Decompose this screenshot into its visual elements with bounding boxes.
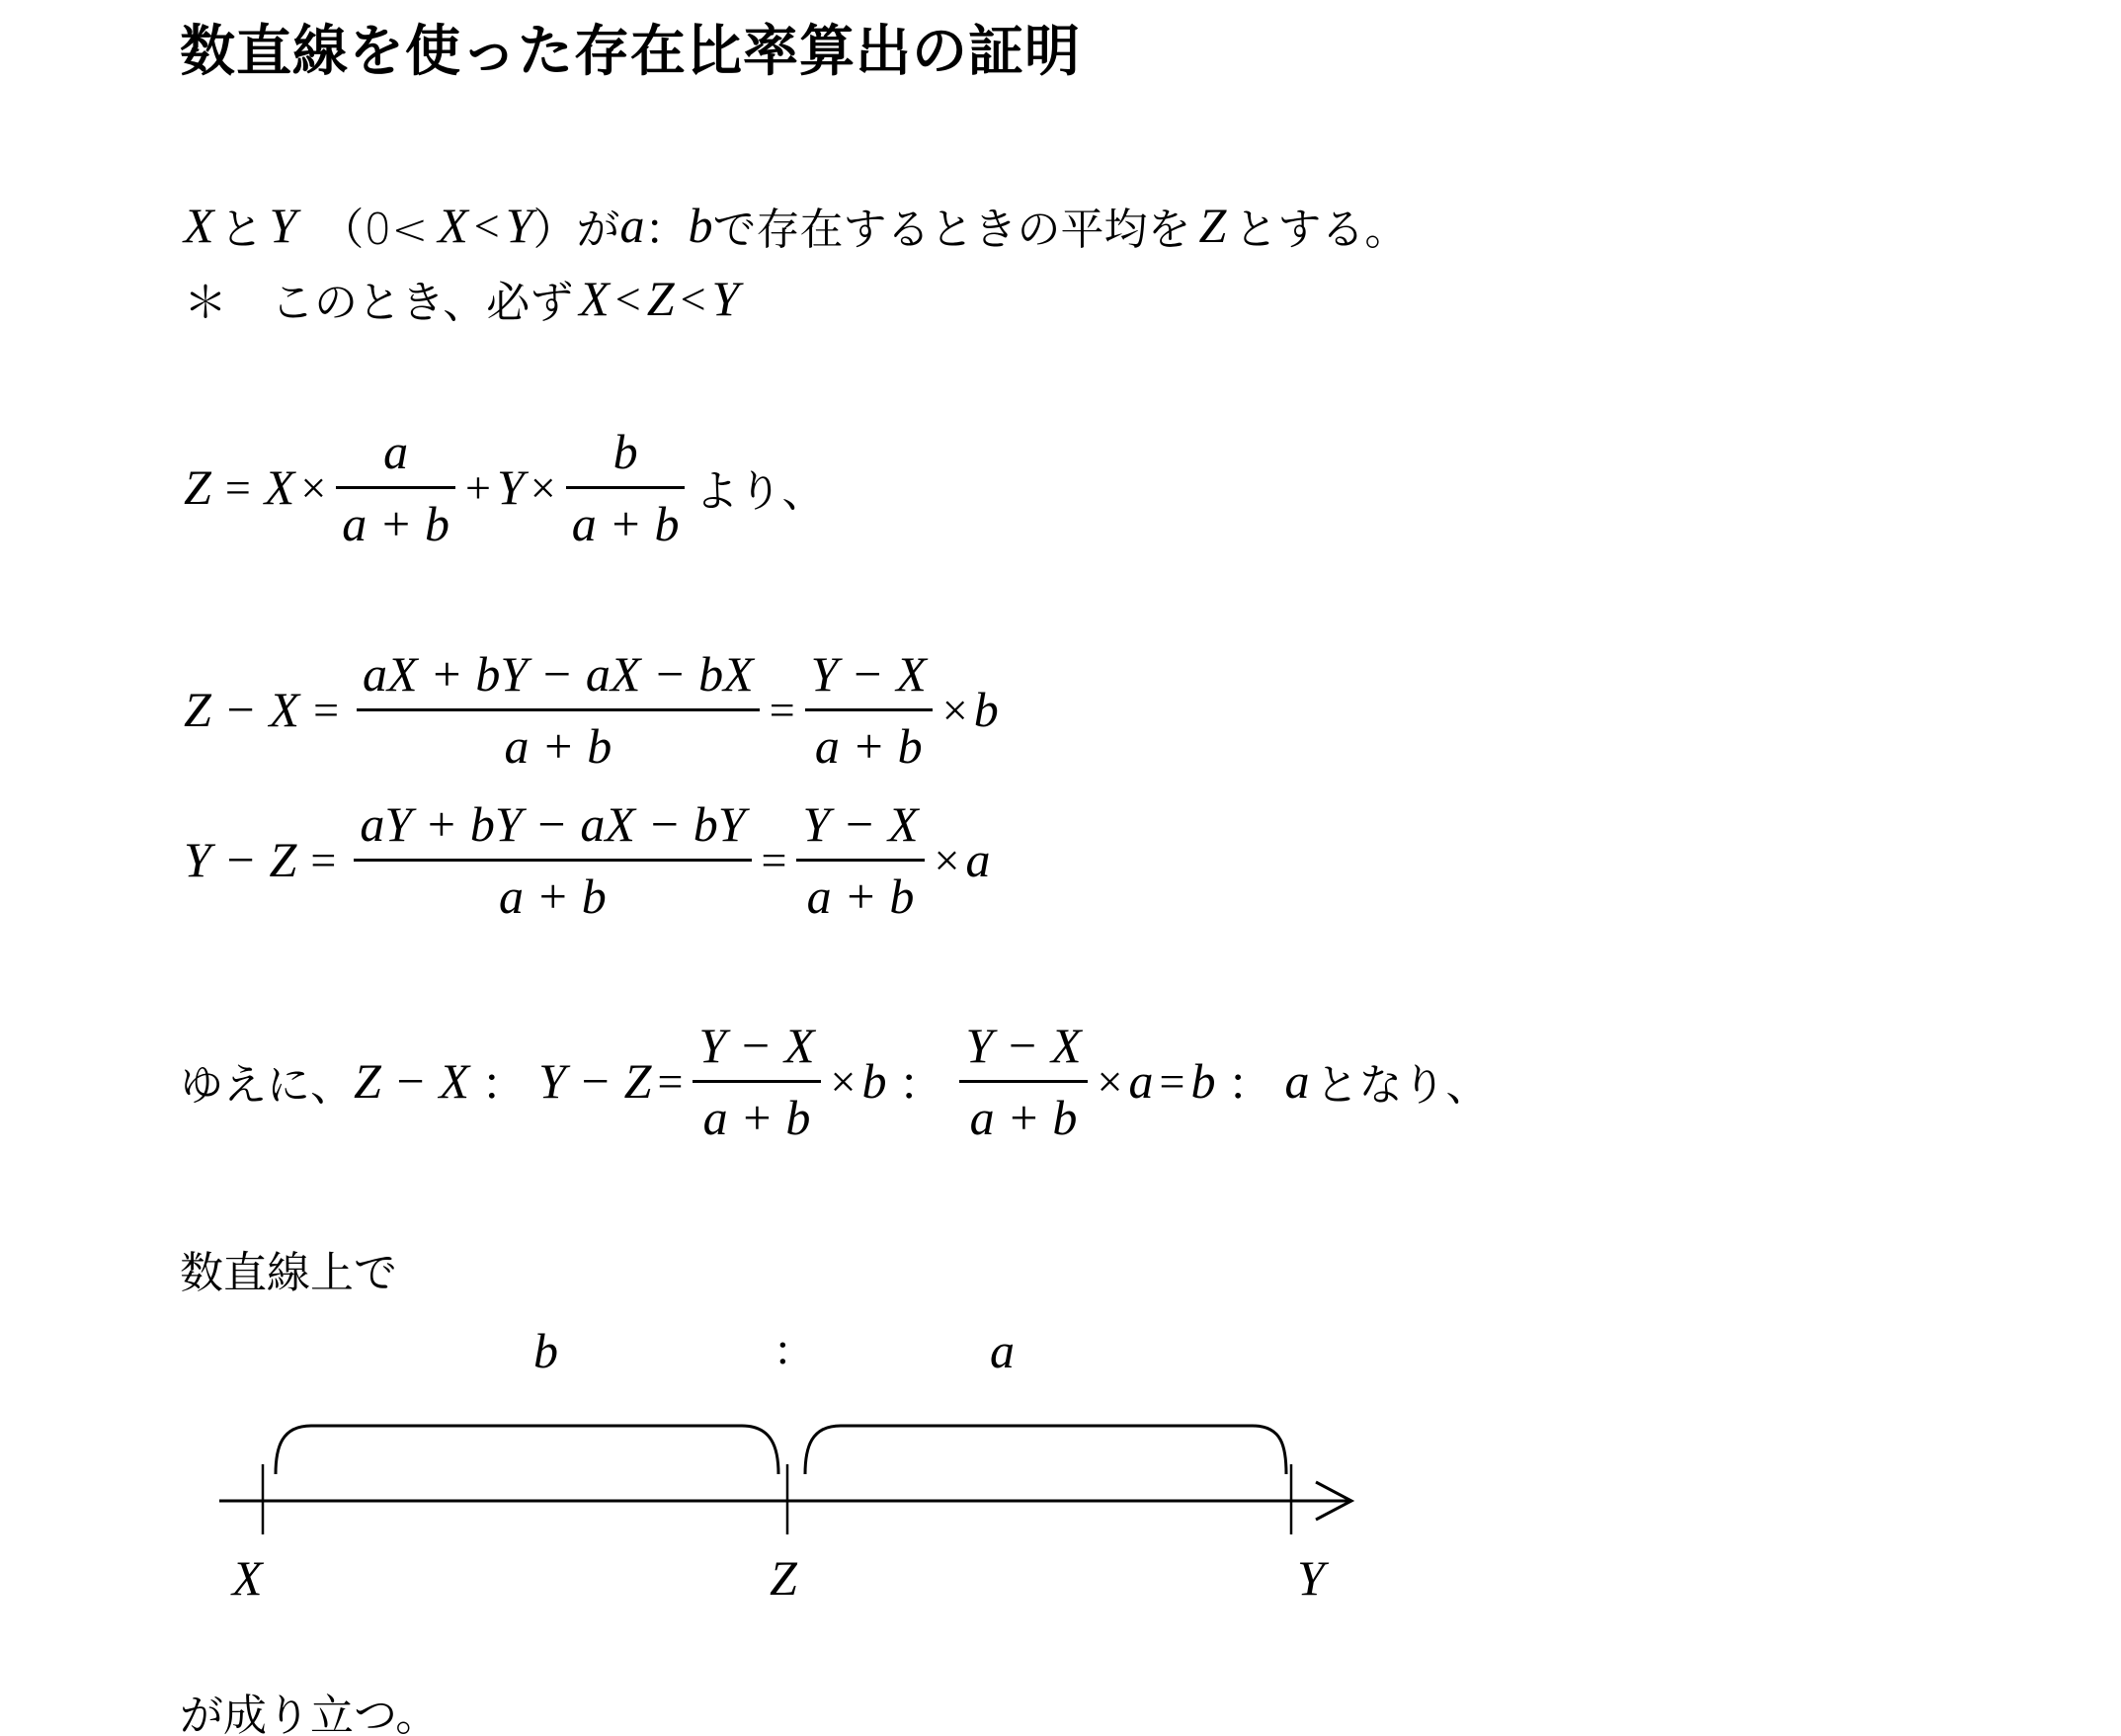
point-label-z: Z [770, 1549, 797, 1607]
point-label-x: X [232, 1549, 263, 1607]
number-line-diagram [0, 0, 2121, 1736]
conclusion-text: が成り立つ。 [180, 1680, 439, 1736]
point-label-y: Y [1297, 1549, 1325, 1607]
brace-left [276, 1426, 778, 1474]
brace-right [805, 1426, 1286, 1474]
